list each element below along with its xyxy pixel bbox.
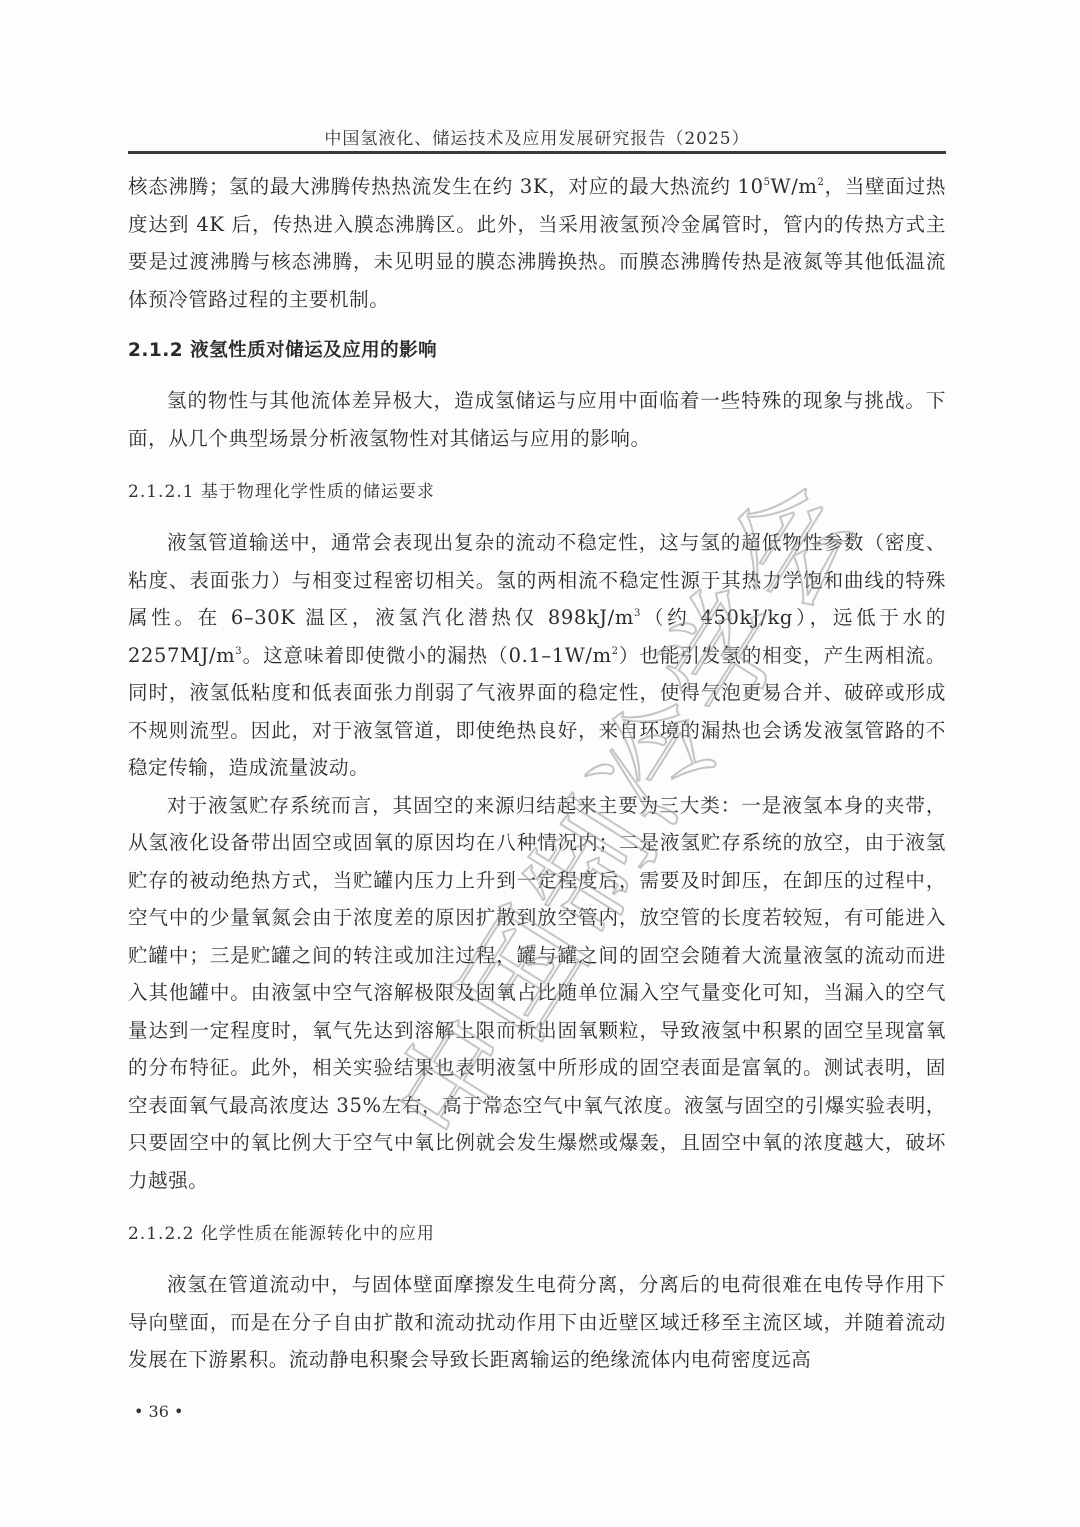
section-intro-paragraph: 氢的物性与其他流体差异极大，造成氢储运与应用中面临着一些特殊的现象与挑战。下面，… xyxy=(128,382,946,457)
running-header: 中国氢液化、储运技术及应用发展研究报告（2025） xyxy=(128,124,946,149)
paragraph-storage-solid-air: 对于液氢贮存系统而言，其固空的来源归结起来主要为三大类：一是液氢本身的夹带，从氢… xyxy=(128,787,946,1200)
paragraph-electrostatic: 液氢在管道流动中，与固体壁面摩擦发生电荷分离，分离后的电荷很难在电传导作用下导向… xyxy=(128,1266,946,1379)
section-heading-2-1-2: 2.1.2 液氢性质对储运及应用的影响 xyxy=(128,336,946,362)
superscript: 2 xyxy=(612,646,619,657)
text-run: 。这意味着即使微小的漏热（0.1–1W/m xyxy=(242,644,611,667)
text-run: W/m xyxy=(771,175,818,198)
document-page: 中国氢液化、储运技术及应用发展研究报告（2025） 核态沸腾；氢的最大沸腾传热热… xyxy=(0,0,1080,1527)
superscript: 5 xyxy=(764,177,771,188)
page-content: 核态沸腾；氢的最大沸腾传热热流发生在约 3K，对应的最大热流约 105W/m2，… xyxy=(128,168,946,1379)
subsection-heading-2-1-2-2: 2.1.2.2 化学性质在能源转化中的应用 xyxy=(128,1219,946,1244)
subsection-heading-2-1-2-1: 2.1.2.1 基于物理化学性质的储运要求 xyxy=(128,477,946,502)
paragraph-continued: 核态沸腾；氢的最大沸腾传热热流发生在约 3K，对应的最大热流约 105W/m2，… xyxy=(128,168,946,318)
header-rule xyxy=(128,151,946,154)
text-run: 核态沸腾；氢的最大沸腾传热热流发生在约 3K，对应的最大热流约 10 xyxy=(128,175,764,198)
superscript: 3 xyxy=(634,608,641,619)
page-number: • 36 • xyxy=(134,1402,183,1421)
paragraph-pipeline-instability: 液氢管道输送中，通常会表现出复杂的流动不稳定性，这与氢的超低物性参数（密度、粘度… xyxy=(128,524,946,787)
